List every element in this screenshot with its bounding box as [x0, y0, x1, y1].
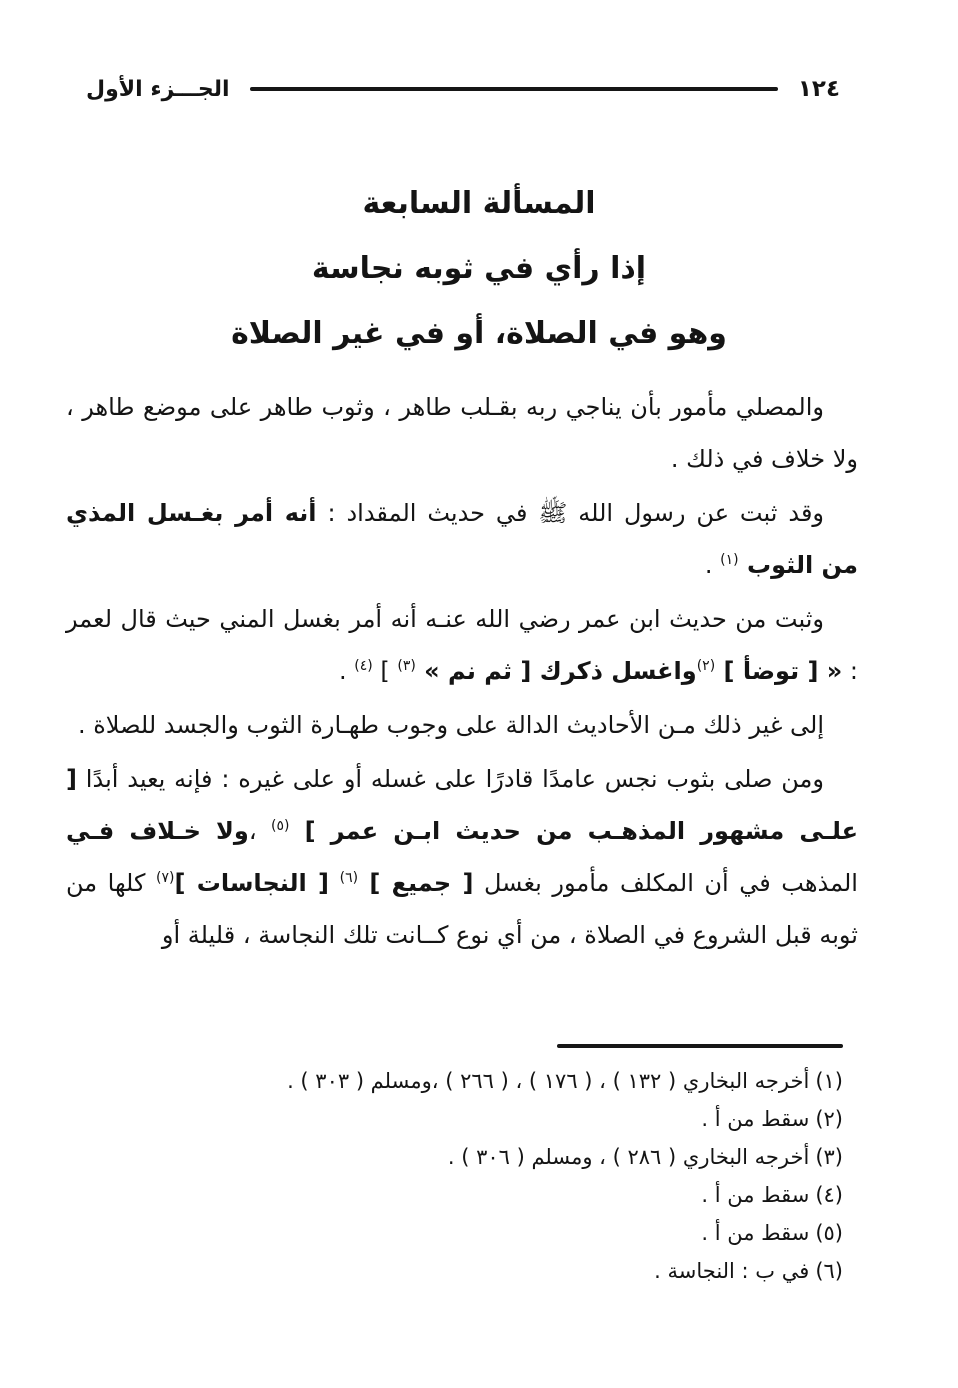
footnote-text: في ب : النجاسة .	[654, 1259, 809, 1283]
footnote-ref: (٢)	[697, 658, 715, 674]
text-run: المذهب في أن المكلف مأمور بغسل	[473, 869, 858, 897]
text-run	[329, 869, 340, 897]
footnote-text: سقط من أ .	[701, 1107, 809, 1131]
text-run: .	[705, 551, 720, 579]
body-paragraph: والمصلي مأمور بأن يناجي ربه بقـلب طاهر ،…	[66, 381, 858, 485]
text-run: والمصلي مأمور بأن يناجي ربه بقـلب طاهر ،…	[66, 393, 858, 473]
footnote-item: (٤)سقط من أ .	[60, 1176, 843, 1214]
footnote-item: (٦)في ب : النجاسة .	[60, 1252, 843, 1290]
footnote-text: سقط من أ .	[701, 1183, 809, 1207]
text-run: [ جميع ]	[358, 869, 473, 897]
text-run: وقد ثبت عن رسول الله	[567, 499, 824, 527]
footnote-ref: (٣)	[397, 658, 415, 674]
heading-line-2: إذا رأي في ثوبه نجاسة	[0, 251, 958, 287]
book-page: ١٢٤ الجـــزء الأول المسألة السابعة إذا ر…	[0, 0, 958, 1388]
text-run: إلى غير ذلك مـن الأحاديث الدالة على وجوب…	[78, 711, 824, 739]
text-run: .	[339, 657, 354, 685]
body-paragraph: وثبت من حديث ابن عمر رضي الله عنـه أنه أ…	[66, 593, 858, 697]
body-paragraph: ومن صلى بثوب نجس عامدًا قادرًا على غسله …	[66, 753, 858, 961]
footnote-marker: (٤)	[815, 1183, 843, 1207]
prophet-honorific: ﷺ	[538, 499, 567, 527]
part-title: الجـــزء الأول	[86, 77, 230, 102]
body-text: والمصلي مأمور بأن يناجي ربه بقـلب طاهر ،…	[0, 381, 958, 961]
footnote-item: (١)أخرجه البخاري ( ١٣٢ ) ، ( ١٧٦ ) ، ( ٢…	[60, 1062, 843, 1100]
footnote-ref: (٧)	[156, 870, 174, 886]
footnote-ref: (٦)	[340, 870, 358, 886]
body-paragraph: إلى غير ذلك مـن الأحاديث الدالة على وجوب…	[66, 699, 858, 751]
page-header: ١٢٤ الجـــزء الأول	[0, 0, 958, 102]
footnote-separator	[557, 1044, 843, 1048]
chapter-heading: المسألة السابعة إذا رأي في ثوبه نجاسة وه…	[0, 186, 958, 352]
footnote-marker: (٦)	[815, 1259, 843, 1283]
footnote-marker: (١)	[815, 1069, 843, 1093]
footnote-list: (١)أخرجه البخاري ( ١٣٢ ) ، ( ١٧٦ ) ، ( ٢…	[0, 1062, 958, 1290]
footnote-text: أخرجه البخاري ( ١٣٢ ) ، ( ١٧٦ ) ، ( ٢٦٦ …	[287, 1069, 809, 1093]
footnote-marker: (٣)	[815, 1145, 843, 1169]
text-run: [ النجاسات ]	[174, 869, 329, 897]
footnote-ref: (١)	[720, 552, 738, 568]
text-run: واغسل ذكرك [ ثم نم »	[416, 657, 697, 685]
heading-line-1: المسألة السابعة	[0, 186, 958, 222]
text-run: ولا خـلاف فـي	[66, 817, 249, 845]
heading-line-3: وهو في الصلاة، أو في غير الصلاة	[0, 316, 958, 352]
text-run: ومن صلى بثوب نجس عامدًا قادرًا على غسله …	[77, 765, 824, 793]
body-paragraph: وقد ثبت عن رسول الله ﷺ في حديث المقداد :…	[66, 487, 858, 591]
footnote-ref: (٥)	[271, 818, 289, 834]
footnote-item: (٣)أخرجه البخاري ( ٢٨٦ ) ، ومسلم ( ٣٠٦ )…	[60, 1138, 843, 1176]
page-number: ١٢٤	[798, 76, 840, 102]
footnotes-section: (١)أخرجه البخاري ( ١٣٢ ) ، ( ١٧٦ ) ، ( ٢…	[0, 1044, 958, 1290]
footnote-ref: (٤)	[354, 658, 372, 674]
footnote-text: أخرجه البخاري ( ٢٨٦ ) ، ومسلم ( ٣٠٦ ) .	[448, 1145, 809, 1169]
text-run: في حديث المقداد :	[317, 499, 539, 527]
text-run: ]	[373, 657, 398, 685]
footnote-marker: (٥)	[815, 1221, 843, 1245]
footnote-marker: (٢)	[815, 1107, 843, 1131]
footnote-item: (٥)سقط من أ .	[60, 1214, 843, 1252]
footnote-item: (٢)سقط من أ .	[60, 1100, 843, 1138]
header-rule	[250, 87, 778, 91]
text-run: « [ توضأ ]	[715, 657, 842, 685]
footnote-text: سقط من أ .	[701, 1221, 809, 1245]
text-run: ،	[249, 817, 271, 845]
